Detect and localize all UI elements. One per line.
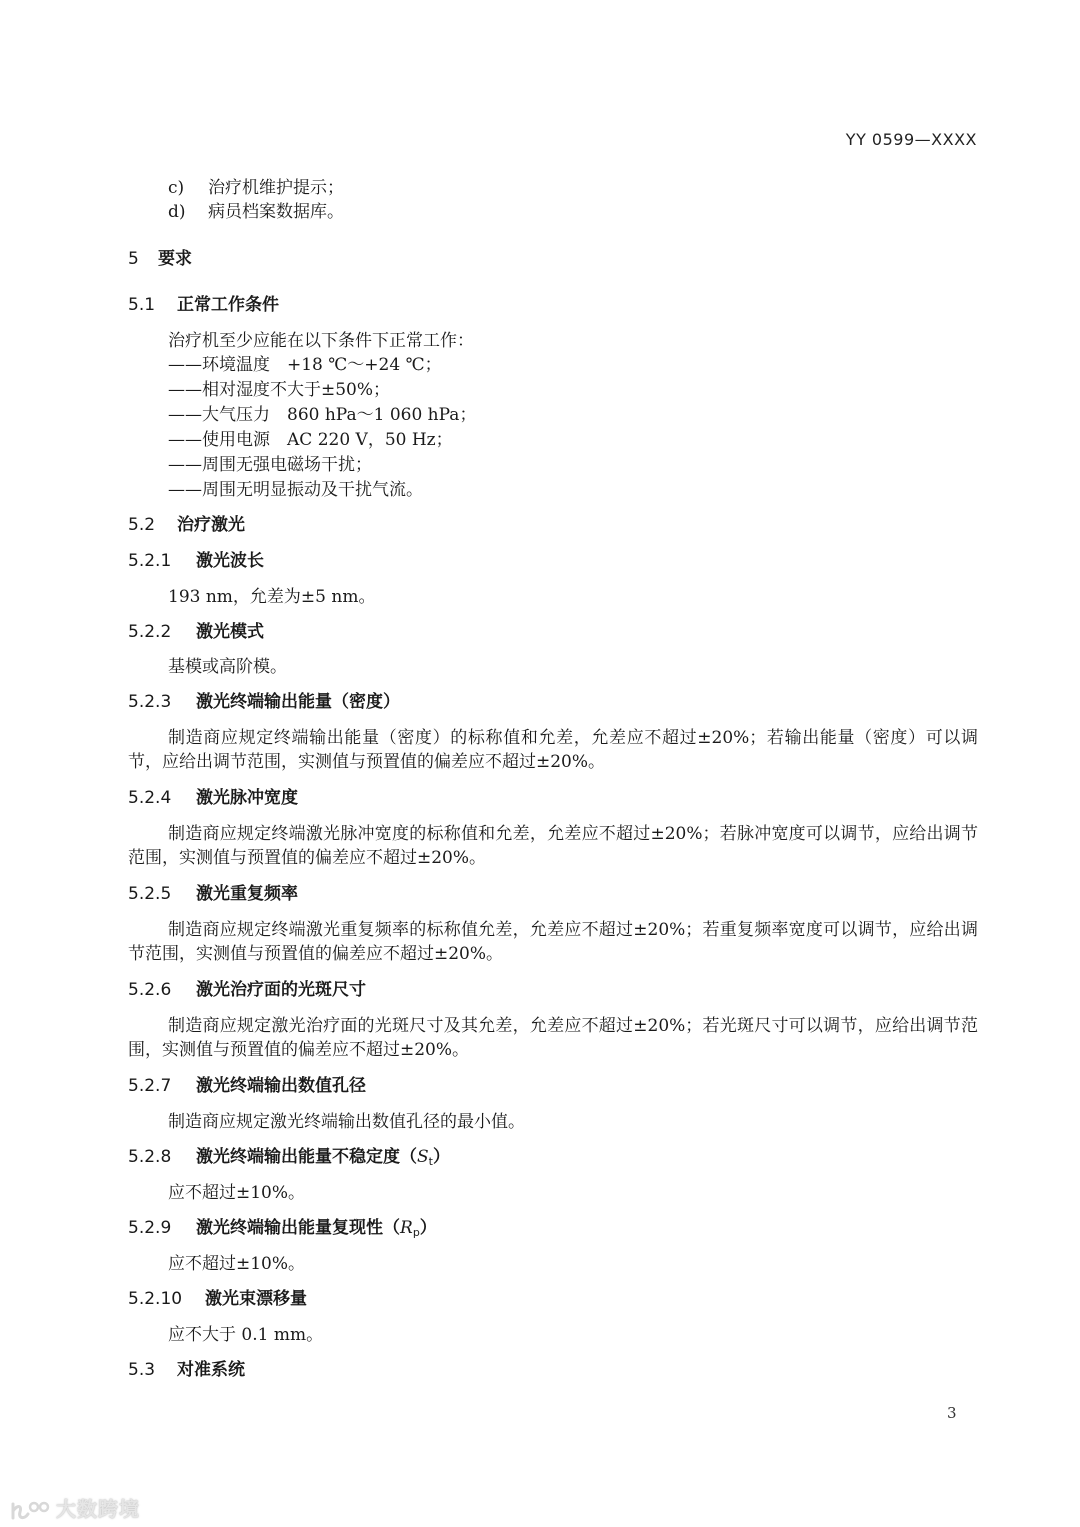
page-number: 3	[947, 1404, 957, 1422]
section-heading-5: 5要求	[128, 247, 192, 271]
section-number: 5.2.6	[128, 978, 196, 1002]
section-heading-5-3: 5.3对准系统	[128, 1358, 245, 1382]
section-heading-5-2-10: 5.2.10激光束漂移量	[128, 1287, 307, 1311]
section-number: 5.2.4	[128, 786, 196, 810]
section-title: 激光束漂移量	[205, 1289, 307, 1309]
list-text: 治疗机维护提示；	[208, 178, 344, 198]
section-title: 激光治疗面的光斑尺寸	[196, 980, 366, 1000]
section-text: 制造商应规定激光终端输出数值孔径的最小值。	[168, 1110, 525, 1134]
title-close: ）	[433, 1147, 450, 1167]
section-title: 要求	[158, 249, 192, 269]
section-number: 5.2.10	[128, 1287, 205, 1311]
section-title: 激光终端输出能量（密度）	[196, 692, 400, 712]
section-number: 5.2	[128, 513, 177, 537]
section-paragraph: 制造商应规定终端激光脉冲宽度的标称值和允差，允差应不超过±20%；若脉冲宽度可以…	[128, 822, 978, 870]
section-number: 5.2.9	[128, 1216, 196, 1240]
section-text: 基模或高阶模。	[168, 655, 287, 679]
symbol: R	[400, 1218, 413, 1238]
section-heading-5-2-8: 5.2.8激光终端输出能量不稳定度（St）	[128, 1145, 450, 1174]
watermark-logo-icon	[10, 1500, 54, 1522]
condition-humidity: ——相对湿度不大于±50%；	[168, 378, 390, 402]
condition-emi: ——周围无强电磁场干扰；	[168, 453, 372, 477]
section-number: 5.1	[128, 293, 177, 317]
symbol-subscript: p	[413, 1226, 420, 1239]
list-item: d)病员档案数据库。	[168, 200, 344, 224]
section-text: 应不大于 0.1 mm。	[168, 1323, 323, 1347]
section-heading-5-2-4: 5.2.4激光脉冲宽度	[128, 786, 298, 810]
section-heading-5-2-2: 5.2.2激光模式	[128, 620, 264, 644]
section-title: 激光重复频率	[196, 884, 298, 904]
section-number: 5.2.5	[128, 882, 196, 906]
section-text: 应不超过±10%。	[168, 1181, 305, 1205]
condition-temperature: ——环境温度 +18 ℃～+24 ℃；	[168, 353, 442, 377]
section-heading-5-2-6: 5.2.6激光治疗面的光斑尺寸	[128, 978, 366, 1002]
watermark: 大数跨境	[10, 1493, 140, 1522]
section-title: 激光脉冲宽度	[196, 788, 298, 808]
symbol: S	[417, 1147, 429, 1167]
section-heading-5-2-9: 5.2.9激光终端输出能量复现性（Rp）	[128, 1216, 437, 1245]
standard-code: YY 0599—XXXX	[846, 130, 977, 149]
section-heading-5-2: 5.2治疗激光	[128, 513, 245, 537]
section-title: 激光终端输出数值孔径	[196, 1076, 366, 1096]
section-paragraph: 制造商应规定终端激光重复频率的标称值允差，允差应不超过±20%；若重复频率宽度可…	[128, 918, 978, 966]
section-heading-5-2-5: 5.2.5激光重复频率	[128, 882, 298, 906]
section-number: 5.3	[128, 1358, 177, 1382]
section-number: 5.2.8	[128, 1145, 196, 1169]
watermark-text: 大数跨境	[56, 1497, 140, 1521]
section-title: 激光波长	[196, 551, 264, 571]
section-number: 5.2.1	[128, 549, 196, 573]
section-heading-5-2-3: 5.2.3激光终端输出能量（密度）	[128, 690, 400, 714]
section-title: 激光终端输出能量复现性（	[196, 1218, 400, 1238]
section-title: 正常工作条件	[177, 295, 279, 315]
section-heading-5-2-7: 5.2.7激光终端输出数值孔径	[128, 1074, 366, 1098]
section-number: 5.2.7	[128, 1074, 196, 1098]
list-label: c)	[168, 176, 208, 200]
section-heading-5-1: 5.1正常工作条件	[128, 293, 279, 317]
condition-pressure: ——大气压力 860 hPa～1 060 hPa；	[168, 403, 476, 427]
section-title: 激光模式	[196, 622, 264, 642]
condition-power: ——使用电源 AC 220 V，50 Hz；	[168, 428, 453, 452]
section-title: 激光终端输出能量不稳定度（	[196, 1147, 417, 1167]
section-title: 对准系统	[177, 1360, 245, 1380]
condition-vibration: ——周围无明显振动及干扰气流。	[168, 478, 423, 502]
section-number: 5.2.2	[128, 620, 196, 644]
section-number: 5	[128, 247, 158, 271]
list-item: c)治疗机维护提示；	[168, 176, 344, 200]
section-text: 193 nm，允差为±5 nm。	[168, 585, 375, 609]
section-text: 应不超过±10%。	[168, 1252, 305, 1276]
conditions-intro: 治疗机至少应能在以下条件下正常工作：	[168, 329, 474, 353]
section-paragraph: 制造商应规定激光治疗面的光斑尺寸及其允差，允差应不超过±20%；若光斑尺寸可以调…	[128, 1014, 978, 1062]
section-heading-5-2-1: 5.2.1激光波长	[128, 549, 264, 573]
list-label: d)	[168, 200, 208, 224]
section-number: 5.2.3	[128, 690, 196, 714]
section-title: 治疗激光	[177, 515, 245, 535]
section-paragraph: 制造商应规定终端输出能量（密度）的标称值和允差，允差应不超过±20%；若输出能量…	[128, 726, 978, 774]
title-close: ）	[420, 1218, 437, 1238]
list-text: 病员档案数据库。	[208, 202, 344, 222]
